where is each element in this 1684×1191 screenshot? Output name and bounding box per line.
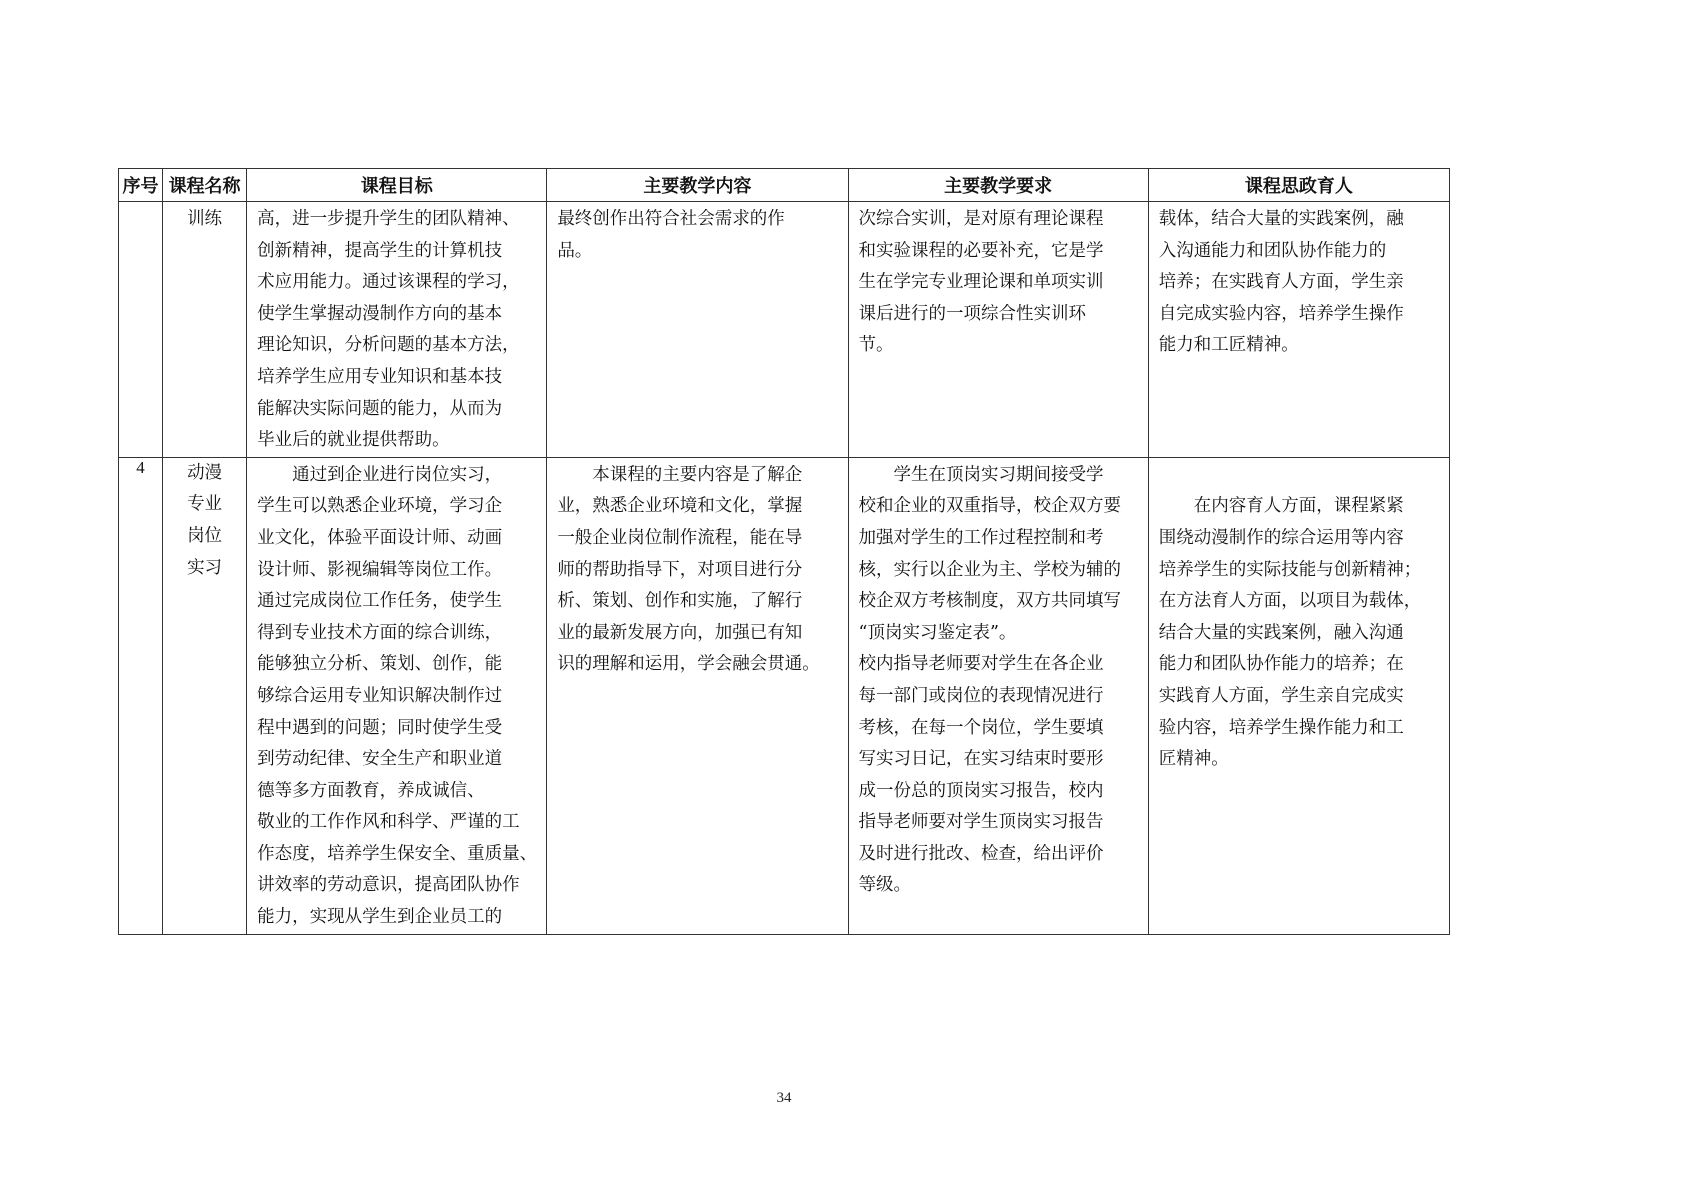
text-line: 本课程的主要内容是了解企 xyxy=(557,460,841,492)
text-line: 生在学完专业理论课和单项实训 xyxy=(859,267,1142,299)
text-line: 每一部门或岗位的表现情况进行 xyxy=(859,681,1142,713)
text-line: 实践育人方面，学生亲自完成实 xyxy=(1159,681,1443,713)
text-line: 自完成实验内容，培养学生操作 xyxy=(1159,299,1443,331)
row-number: 4 xyxy=(119,458,162,478)
text-line: 校企双方考核制度，双方共同填写 xyxy=(859,586,1142,618)
text-line: 能力和团队协作能力的培养；在 xyxy=(1159,649,1443,681)
text-line: 能够独立分析、策划、创作，能 xyxy=(257,649,540,681)
header-no: 序号 xyxy=(119,169,163,202)
document-page: 序号 课程名称 课程目标 主要教学内容 主要教学要求 课程思政育人 训练 xyxy=(0,0,1684,1191)
header-teaching-requirement: 主要教学要求 xyxy=(848,169,1148,202)
text-line: 学生在顶岗实习期间接受学 xyxy=(859,460,1142,492)
text-line: 术应用能力。通过该课程的学习， xyxy=(257,267,540,299)
table-header-row: 序号 课程名称 课程目标 主要教学内容 主要教学要求 课程思政育人 xyxy=(119,169,1450,202)
header-course-goal: 课程目标 xyxy=(247,169,547,202)
cell-ideology-education: 在内容育人方面，课程紧紧 围绕动漫制作的综合运用等内容 培养学生的实际技能与创新… xyxy=(1148,457,1449,934)
text-line: 能力和工匠精神。 xyxy=(1159,330,1443,362)
text-line: 创新精神，提高学生的计算机技 xyxy=(257,236,540,268)
text-line: 核，实行以企业为主、学校为辅的 xyxy=(859,555,1142,587)
header-course-name: 课程名称 xyxy=(163,169,247,202)
text-line: 能力，实现从学生到企业员工的 xyxy=(257,902,540,934)
text-line: 够综合运用专业知识解决制作过 xyxy=(257,681,540,713)
text-line: 得到专业技术方面的综合训练， xyxy=(257,618,540,650)
curriculum-table: 序号 课程名称 课程目标 主要教学内容 主要教学要求 课程思政育人 训练 xyxy=(118,168,1450,935)
text-line: 通过完成岗位工作任务，使学生 xyxy=(257,586,540,618)
text-line: 通过到企业进行岗位实习， xyxy=(257,460,540,492)
cell-no: 4 xyxy=(119,457,163,934)
text-line: 载体，结合大量的实践案例，融 xyxy=(1159,204,1443,236)
cell-teaching-content: 最终创作出符合社会需求的作 品。 xyxy=(547,202,848,458)
text-line: 品。 xyxy=(557,236,841,268)
text-line: 成一份总的顶岗实习报告，校内 xyxy=(859,776,1142,808)
cell-no xyxy=(119,202,163,458)
text-line: 结合大量的实践案例，融入沟通 xyxy=(1159,618,1443,650)
text-line: 课后进行的一项综合性实训环 xyxy=(859,299,1142,331)
text-line: 德等多方面教育，养成诚信、 xyxy=(257,776,540,808)
course-name-line: 训练 xyxy=(187,209,222,229)
text-line: 及时进行批改、检查，给出评价 xyxy=(859,839,1142,871)
cell-teaching-requirement: 次综合实训，是对原有理论课程 和实验课程的必要补充，它是学 生在学完专业理论课和… xyxy=(848,202,1148,458)
cell-course-name: 训练 xyxy=(163,202,247,458)
text-line: 入沟通能力和团队协作能力的 xyxy=(1159,236,1443,268)
text-line: 识的理解和运用，学会融会贯通。 xyxy=(557,649,841,681)
text-line: 围绕动漫制作的综合运用等内容 xyxy=(1159,523,1443,555)
text-line: 毕业后的就业提供帮助。 xyxy=(257,425,540,457)
text-line: 作态度，培养学生保安全、重质量、 xyxy=(257,839,540,871)
table-row: 训练 高，进一步提升学生的团队精神、 创新精神，提高学生的计算机技 术应用能力。… xyxy=(119,202,1450,458)
course-name-line: 岗位 xyxy=(163,521,246,553)
table-row: 4 动漫 专业 岗位 实习 通过到企业进行岗位实习， 学生可以熟悉企业环境，学习… xyxy=(119,457,1450,934)
text-line: 讲效率的劳动意识，提高团队协作 xyxy=(257,870,540,902)
cell-course-name: 动漫 专业 岗位 实习 xyxy=(163,457,247,934)
text-line: 理论知识，分析问题的基本方法， xyxy=(257,330,540,362)
text-line: 一般企业岗位制作流程，能在导 xyxy=(557,523,841,555)
cell-teaching-requirement: 学生在顶岗实习期间接受学 校和企业的双重指导，校企双方要 加强对学生的工作过程控… xyxy=(848,457,1148,934)
cell-course-goal: 通过到企业进行岗位实习， 学生可以熟悉企业环境，学习企 业文化，体验平面设计师、… xyxy=(247,457,547,934)
text-line: 业，熟悉企业环境和文化，掌握 xyxy=(557,491,841,523)
text-line: 程中遇到的问题；同时使学生受 xyxy=(257,713,540,745)
text-line: 业文化，体验平面设计师、动画 xyxy=(257,523,540,555)
text-line: 培养；在实践育人方面，学生亲 xyxy=(1159,267,1443,299)
text-line: 在方法育人方面，以项目为载体， xyxy=(1159,586,1443,618)
text-line: 师的帮助指导下，对项目进行分 xyxy=(557,555,841,587)
text-line: “顶岗实习鉴定表”。 xyxy=(859,618,1142,650)
text-line: 析、策划、创作和实施，了解行 xyxy=(557,586,841,618)
text-line: 指导老师要对学生顶岗实习报告 xyxy=(859,807,1142,839)
cell-ideology-education: 载体，结合大量的实践案例，融 入沟通能力和团队协作能力的 培养；在实践育人方面，… xyxy=(1148,202,1449,458)
course-name-line: 专业 xyxy=(163,489,246,521)
text-line: 设计师、影视编辑等岗位工作。 xyxy=(257,555,540,587)
text-line: 节。 xyxy=(859,330,1142,362)
text-line: 加强对学生的工作过程控制和考 xyxy=(859,523,1142,555)
text-line: 在内容育人方面，课程紧紧 xyxy=(1159,491,1443,523)
text-line: 和实验课程的必要补充，它是学 xyxy=(859,236,1142,268)
text-line: 校和企业的双重指导，校企双方要 xyxy=(859,491,1142,523)
text-line: 学生可以熟悉企业环境，学习企 xyxy=(257,491,540,523)
text-line: 写实习日记，在实习结束时要形 xyxy=(859,744,1142,776)
cell-teaching-content: 本课程的主要内容是了解企 业，熟悉企业环境和文化，掌握 一般企业岗位制作流程，能… xyxy=(547,457,848,934)
text-line: 高，进一步提升学生的团队精神、 xyxy=(257,204,540,236)
text-line: 业的最新发展方向，加强已有知 xyxy=(557,618,841,650)
cell-course-goal: 高，进一步提升学生的团队精神、 创新精神，提高学生的计算机技 术应用能力。通过该… xyxy=(247,202,547,458)
text-line: 敬业的工作作风和科学、严谨的工 xyxy=(257,807,540,839)
text-line: 培养学生应用专业知识和基本技 xyxy=(257,362,540,394)
text-line: 能解决实际问题的能力，从而为 xyxy=(257,394,540,426)
course-name-line: 动漫 xyxy=(163,458,246,490)
course-name-line: 实习 xyxy=(163,553,246,585)
header-teaching-content: 主要教学内容 xyxy=(547,169,848,202)
text-line: 校内指导老师要对学生在各企业 xyxy=(859,649,1142,681)
text-line: 验内容，培养学生操作能力和工 xyxy=(1159,713,1443,745)
text-line: 匠精神。 xyxy=(1159,744,1443,776)
text-line: 培养学生的实际技能与创新精神； xyxy=(1159,555,1443,587)
text-line: 使学生掌握动漫制作方向的基本 xyxy=(257,299,540,331)
text-line: 到劳动纪律、安全生产和职业道 xyxy=(257,744,540,776)
text-line: 考核，在每一个岗位，学生要填 xyxy=(859,713,1142,745)
text-line: 次综合实训，是对原有理论课程 xyxy=(859,204,1142,236)
page-number: 34 xyxy=(0,1090,1568,1107)
header-ideology-education: 课程思政育人 xyxy=(1148,169,1449,202)
text-line: 等级。 xyxy=(859,870,1142,902)
text-line: 最终创作出符合社会需求的作 xyxy=(557,204,841,236)
